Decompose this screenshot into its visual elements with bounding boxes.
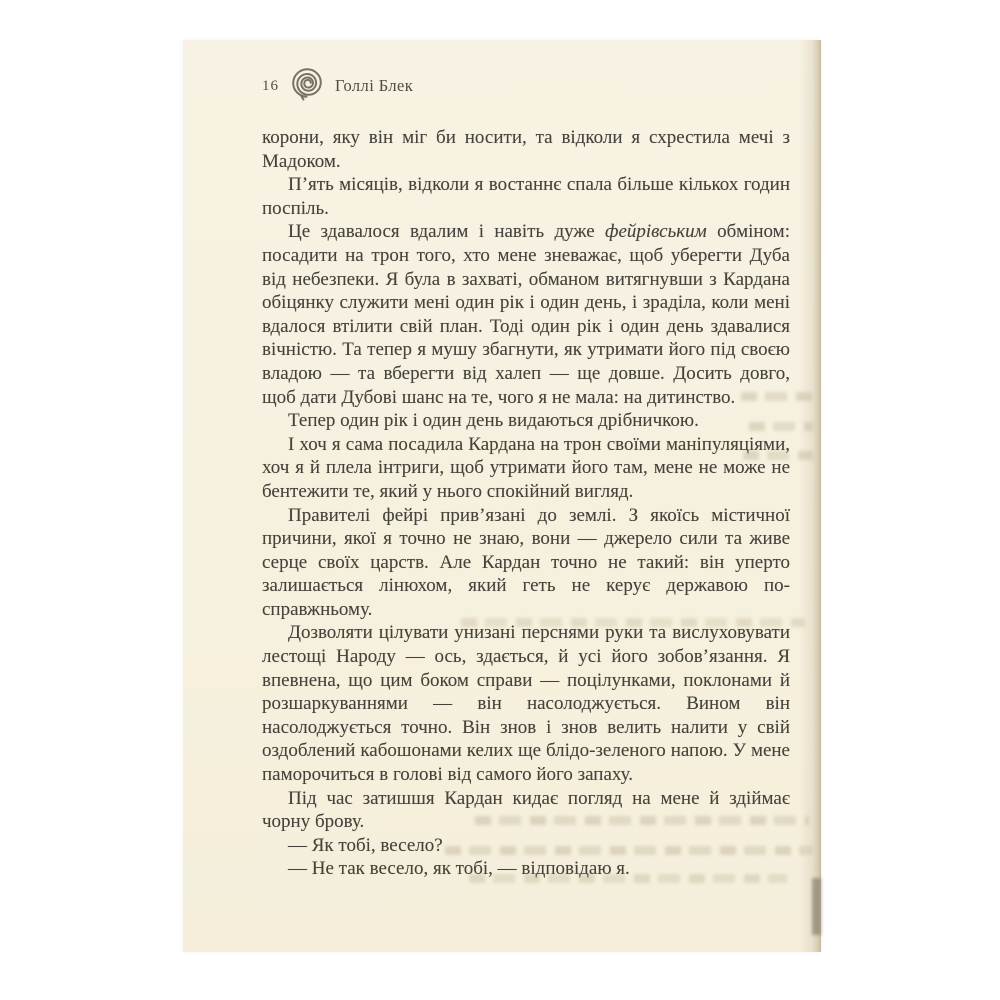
- bleedthrough-text-smudge: [475, 816, 809, 825]
- bleedthrough-text-smudge: [469, 874, 787, 883]
- paragraph: Це здавалося вдалим і навіть дуже фейрів…: [262, 220, 790, 409]
- spiral-shell-icon: [290, 66, 324, 102]
- running-header: 16 Голлі Блек: [262, 66, 413, 102]
- book-page: 16 Голлі Блек корони, яку він міг би нос…: [183, 40, 821, 952]
- paragraph: П’ять місяців, відколи я востаннє спала …: [262, 173, 790, 220]
- bleedthrough-text-smudge: [461, 618, 805, 627]
- paragraph: І хоч я сама посадила Кардана на трон св…: [262, 433, 790, 504]
- author-header: Голлі Блек: [335, 76, 413, 96]
- scanned-book-photo: { "header": { "page_number": "16", "auth…: [0, 0, 1000, 1000]
- page-edge-shadow: [799, 40, 821, 952]
- paragraph: Правителі фейрі прив’язані до землі. З я…: [262, 504, 790, 622]
- bleedthrough-text-smudge: [445, 846, 813, 855]
- paragraph: корони, яку він міг би носити, та відкол…: [262, 126, 790, 173]
- body-text: корони, яку він міг би носити, та відкол…: [262, 126, 790, 881]
- paragraph: Дозволяти цілувати унизані перснями руки…: [262, 621, 790, 786]
- page-number: 16: [262, 78, 279, 95]
- paragraph: Під час затишшя Кардан кидає погляд на м…: [262, 787, 790, 834]
- paragraph: Тепер один рік і один день видаються дрі…: [262, 409, 790, 433]
- page-corner-shadow: [812, 878, 821, 935]
